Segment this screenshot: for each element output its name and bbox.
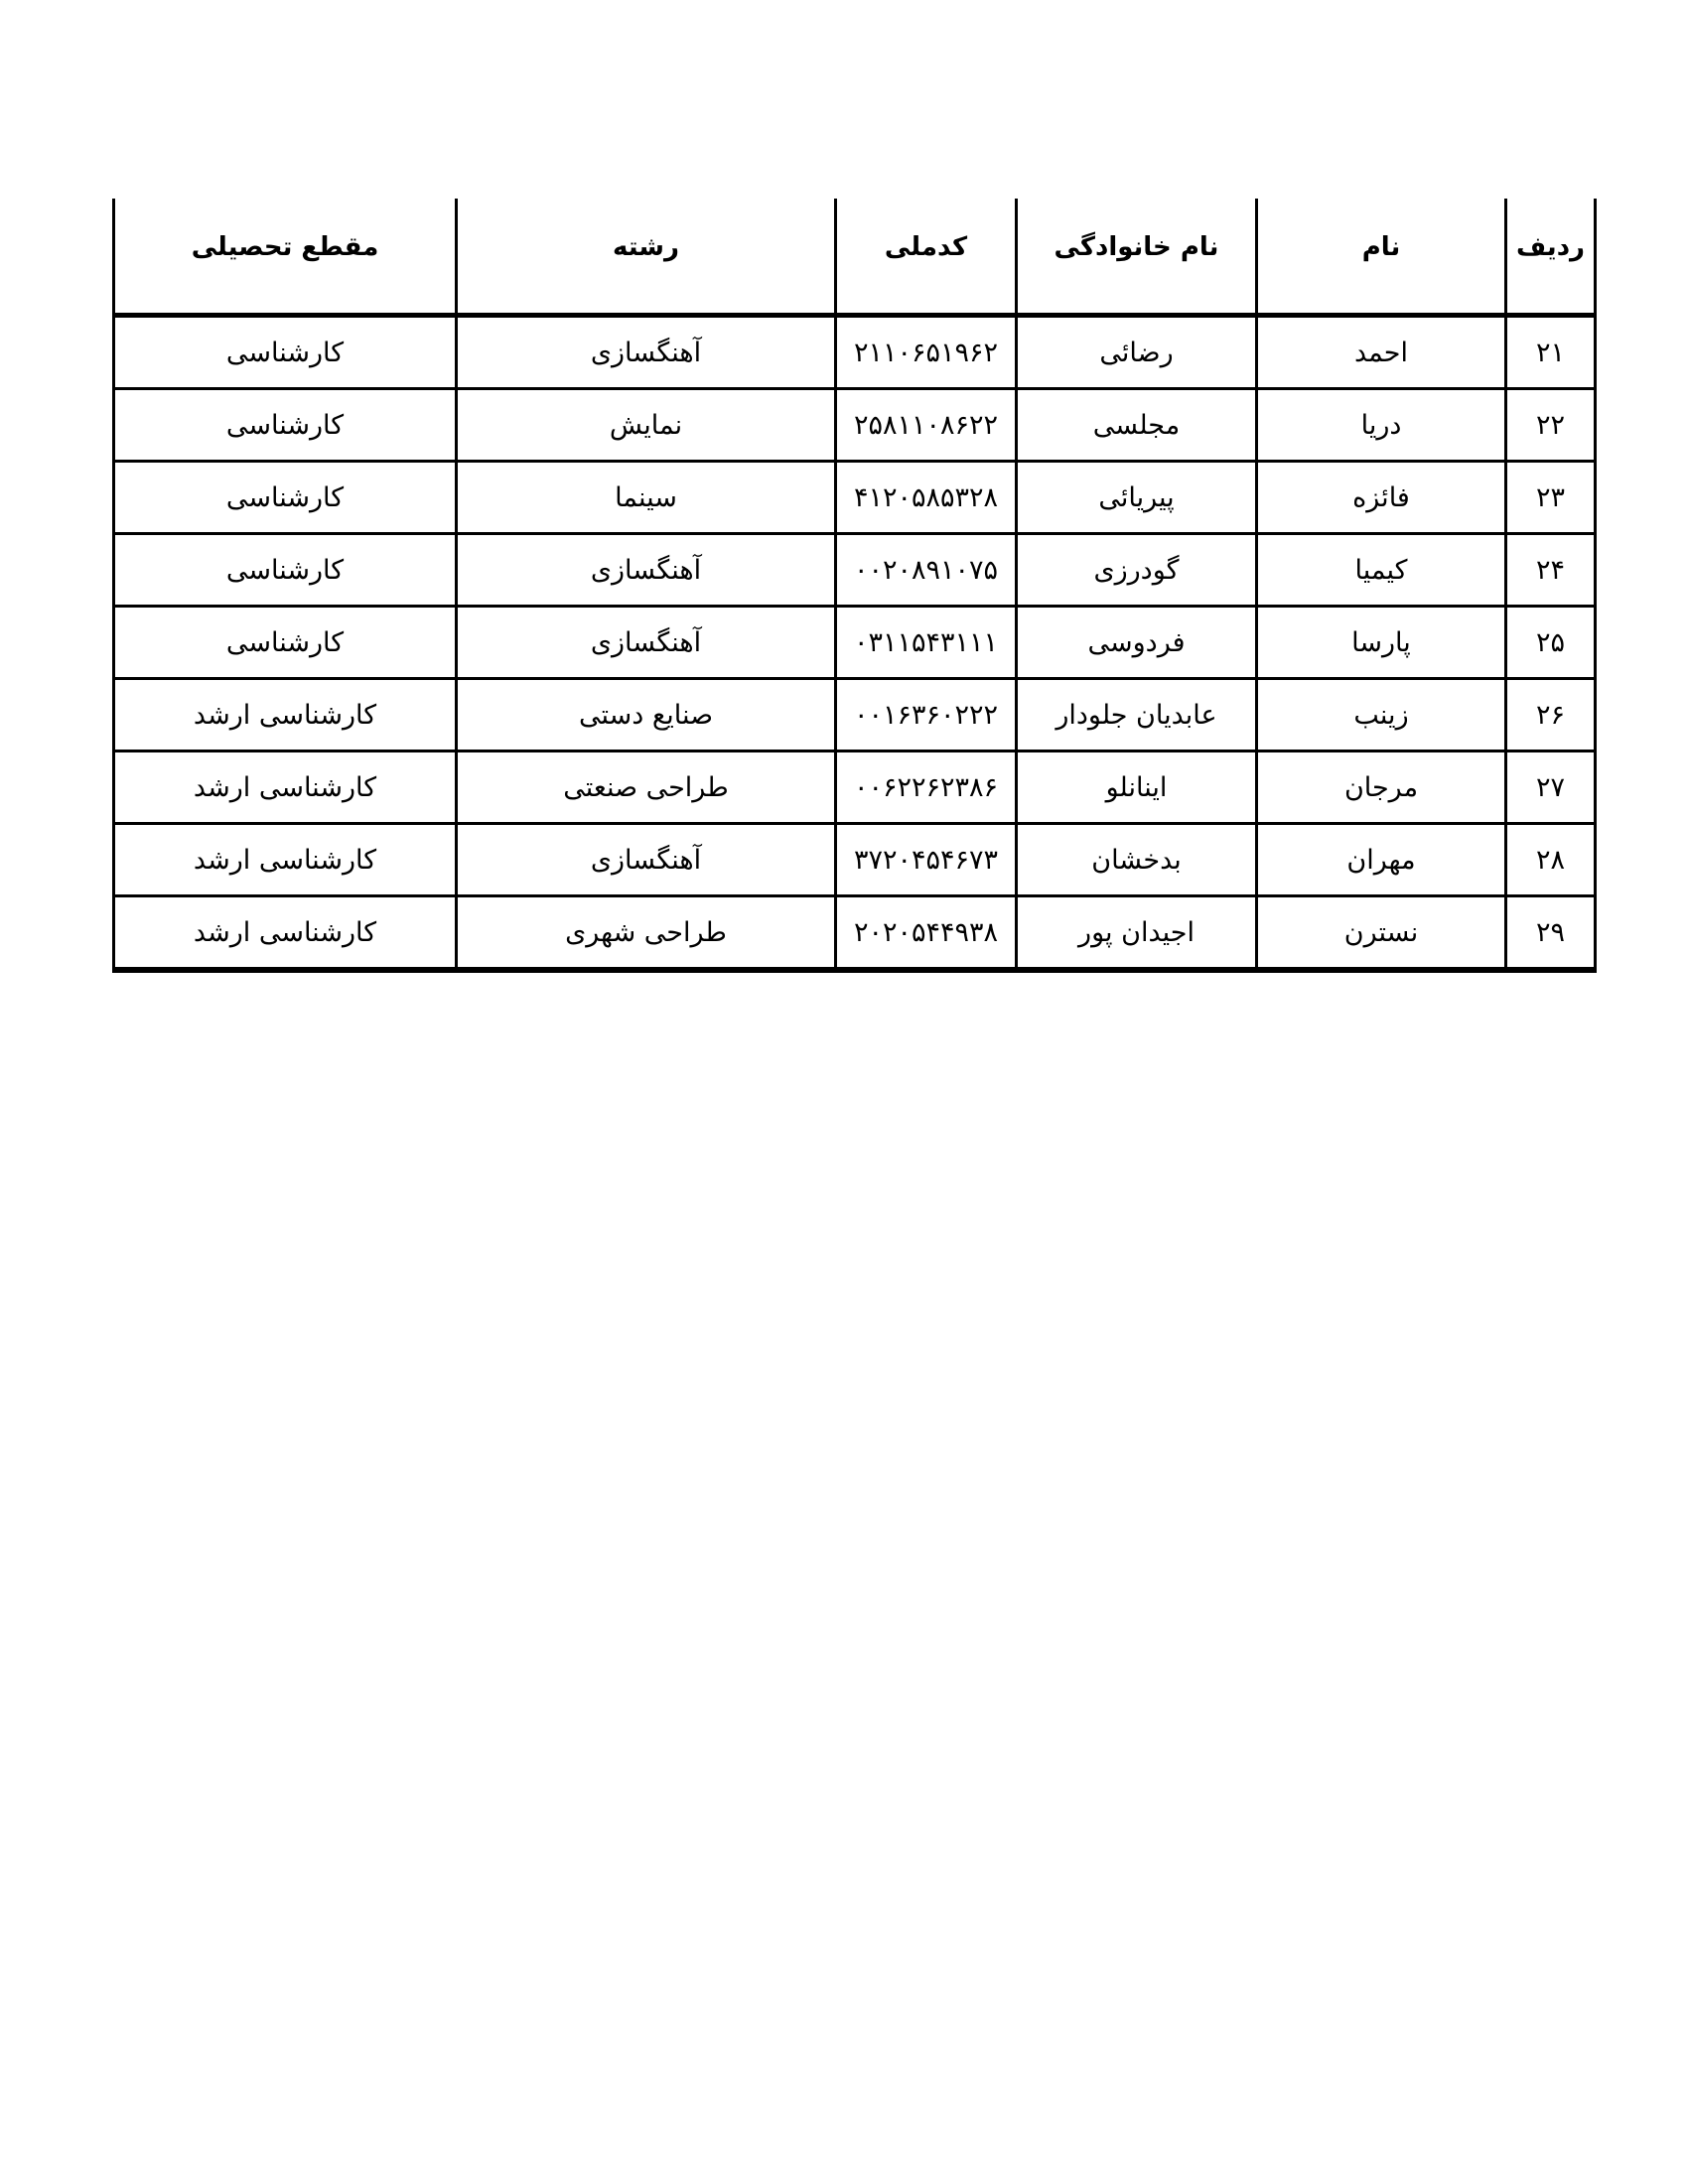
cell-last-name: گودرزی <box>1017 534 1257 607</box>
cell-degree: کارشناسی <box>114 607 457 679</box>
cell-degree: کارشناسی <box>114 316 457 389</box>
table-row: ۲۷ مرجان اینانلو ۰۰۶۲۲۶۲۳۸۶ طراحی صنعتی … <box>114 751 1596 824</box>
cell-national-id: ۰۰۶۲۲۶۲۳۸۶ <box>836 751 1017 824</box>
header-cell-major: رشته <box>457 199 836 316</box>
cell-national-id: ۲۱۱۰۶۵۱۹۶۲ <box>836 316 1017 389</box>
cell-degree: کارشناسی <box>114 534 457 607</box>
cell-first-name: فائزه <box>1257 462 1506 534</box>
cell-major: طراحی صنعتی <box>457 751 836 824</box>
header-cell-national-id: کدملی <box>836 199 1017 316</box>
cell-national-id: ۰۰۱۶۳۶۰۲۲۲ <box>836 679 1017 751</box>
cell-degree: کارشناسی ارشد <box>114 679 457 751</box>
cell-degree: کارشناسی <box>114 462 457 534</box>
table-row: ۲۸ مهران بدخشان ۳۷۲۰۴۵۴۶۷۳ آهنگسازی کارش… <box>114 824 1596 896</box>
cell-first-name: زینب <box>1257 679 1506 751</box>
cell-last-name: اینانلو <box>1017 751 1257 824</box>
cell-last-name: اجیدان پور <box>1017 896 1257 971</box>
cell-last-name: بدخشان <box>1017 824 1257 896</box>
header-cell-row-no: ردیف <box>1506 199 1596 316</box>
table-row: ۲۹ نسترن اجیدان پور ۲۰۲۰۵۴۴۹۳۸ طراحی شهر… <box>114 896 1596 971</box>
cell-major: طراحی شهری <box>457 896 836 971</box>
cell-row-no: ۲۸ <box>1506 824 1596 896</box>
cell-national-id: ۲۵۸۱۱۰۸۶۲۲ <box>836 389 1017 462</box>
cell-first-name: احمد <box>1257 316 1506 389</box>
header-cell-last-name: نام خانوادگی <box>1017 199 1257 316</box>
table-header-row: ردیف نام نام خانوادگی کدملی رشته مقطع تح… <box>114 199 1596 316</box>
cell-row-no: ۲۶ <box>1506 679 1596 751</box>
table-row: ۲۵ پارسا فردوسی ۰۳۱۱۵۴۳۱۱۱ آهنگسازی کارش… <box>114 607 1596 679</box>
cell-degree: کارشناسی ارشد <box>114 896 457 971</box>
cell-degree: کارشناسی <box>114 389 457 462</box>
cell-last-name: پیریائی <box>1017 462 1257 534</box>
cell-first-name: مرجان <box>1257 751 1506 824</box>
cell-row-no: ۲۳ <box>1506 462 1596 534</box>
cell-last-name: فردوسی <box>1017 607 1257 679</box>
cell-first-name: مهران <box>1257 824 1506 896</box>
cell-national-id: ۰۰۲۰۸۹۱۰۷۵ <box>836 534 1017 607</box>
cell-first-name: نسترن <box>1257 896 1506 971</box>
cell-major: آهنگسازی <box>457 534 836 607</box>
document-page: ردیف نام نام خانوادگی کدملی رشته مقطع تح… <box>0 0 1688 2184</box>
cell-major: آهنگسازی <box>457 316 836 389</box>
cell-national-id: ۴۱۲۰۵۸۵۳۲۸ <box>836 462 1017 534</box>
cell-national-id: ۲۰۲۰۵۴۴۹۳۸ <box>836 896 1017 971</box>
cell-row-no: ۲۷ <box>1506 751 1596 824</box>
cell-first-name: دریا <box>1257 389 1506 462</box>
cell-major: نمایش <box>457 389 836 462</box>
cell-major: آهنگسازی <box>457 607 836 679</box>
cell-major: آهنگسازی <box>457 824 836 896</box>
cell-major: سینما <box>457 462 836 534</box>
cell-row-no: ۲۲ <box>1506 389 1596 462</box>
table-row: ۲۳ فائزه پیریائی ۴۱۲۰۵۸۵۳۲۸ سینما کارشنا… <box>114 462 1596 534</box>
cell-row-no: ۲۵ <box>1506 607 1596 679</box>
cell-first-name: پارسا <box>1257 607 1506 679</box>
cell-degree: کارشناسی ارشد <box>114 751 457 824</box>
cell-first-name: کیمیا <box>1257 534 1506 607</box>
cell-row-no: ۲۴ <box>1506 534 1596 607</box>
cell-row-no: ۲۹ <box>1506 896 1596 971</box>
table-row: ۲۲ دریا مجلسی ۲۵۸۱۱۰۸۶۲۲ نمایش کارشناسی <box>114 389 1596 462</box>
cell-degree: کارشناسی ارشد <box>114 824 457 896</box>
header-cell-first-name: نام <box>1257 199 1506 316</box>
cell-last-name: مجلسی <box>1017 389 1257 462</box>
cell-major: صنایع دستی <box>457 679 836 751</box>
header-cell-degree: مقطع تحصیلی <box>114 199 457 316</box>
cell-row-no: ۲۱ <box>1506 316 1596 389</box>
table-row: ۲۱ احمد رضائی ۲۱۱۰۶۵۱۹۶۲ آهنگسازی کارشنا… <box>114 316 1596 389</box>
students-table: ردیف نام نام خانوادگی کدملی رشته مقطع تح… <box>112 199 1597 973</box>
table-row: ۲۴ کیمیا گودرزی ۰۰۲۰۸۹۱۰۷۵ آهنگسازی کارش… <box>114 534 1596 607</box>
table-row: ۲۶ زینب عابدیان جلودار ۰۰۱۶۳۶۰۲۲۲ صنایع … <box>114 679 1596 751</box>
cell-national-id: ۰۳۱۱۵۴۳۱۱۱ <box>836 607 1017 679</box>
cell-last-name: رضائی <box>1017 316 1257 389</box>
cell-national-id: ۳۷۲۰۴۵۴۶۷۳ <box>836 824 1017 896</box>
cell-last-name: عابدیان جلودار <box>1017 679 1257 751</box>
